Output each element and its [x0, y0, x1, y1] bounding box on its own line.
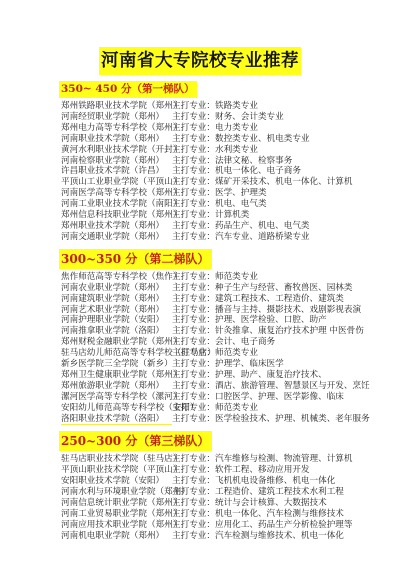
major-label: 主打专业： — [172, 283, 215, 294]
major-value: 计算机类 — [215, 210, 249, 221]
school-row: 平顶山工业职业学院（平顶山）主打专业：煤矿开采技术、机电一体化、计算机 — [61, 177, 361, 188]
major-label: 主打专业： — [172, 476, 215, 487]
major-value: 财务、会计类专业 — [215, 112, 284, 123]
school-row: 河南艺术职业学院（郑州）主打专业：播音与主持、摄影技术、戏剧影视表演 — [61, 305, 361, 316]
major-label: 主打专业： — [172, 509, 215, 520]
major-label: 主打专业： — [172, 177, 215, 188]
major-value: 酒店、旅游管理、智慧景区与开发、烹饪 — [215, 381, 370, 392]
school-name: 河南机电职业学院（郑州） — [61, 531, 172, 542]
school-row: 河南信息统计职业学院（郑州）主打专业：统计与会计核算、大数据技术 — [61, 498, 361, 509]
major-label: 主打专业： — [172, 156, 215, 167]
school-name: 河南信息统计职业学院（郑州） — [61, 498, 172, 509]
major-value: 师范类专业 — [215, 348, 258, 359]
title-container: 河南省大专院校专业推荐 — [0, 47, 400, 75]
major-label: 主打专业： — [172, 166, 215, 177]
school-name: 河南工业贸易职业学院（郑州） — [61, 509, 172, 520]
major-value: 机电、电气类 — [215, 199, 267, 210]
major-label: 主打专业： — [172, 403, 215, 414]
school-name: 河南艺术职业学院（郑州） — [61, 305, 172, 316]
school-name: 河南应用技术职业学院（郑州） — [61, 520, 172, 531]
major-value: 统计与会计核算、大数据技术 — [215, 498, 327, 509]
school-row: 郑州电力高等专科学校（郑州）主打专业：电力类专业 — [61, 123, 361, 134]
major-value: 护理学、临床医学 — [215, 359, 284, 370]
major-value: 数控类专业、机电类专业 — [215, 134, 310, 145]
major-value: 铁路类专业 — [215, 101, 258, 112]
major-value: 飞机机电设备维修、机电一体化 — [215, 476, 335, 487]
school-name: 河南农业职业学院（郑州） — [61, 283, 172, 294]
school-row: 郑州职业技术学院（郑州）主打专业：药品生产、机电、电气类 — [61, 221, 361, 232]
major-label: 主打专业： — [172, 315, 215, 326]
school-row: 焦作师范高等专科学校（焦作）主打专业：师范类专业 — [61, 272, 361, 283]
tier-section: 350~ 450 分（第一梯队）郑州铁路职业技术学院（郑州）主打专业：铁路类专业… — [61, 77, 361, 247]
school-name: 洛阳职业技术学院（洛阳） — [61, 414, 172, 426]
school-row: 安阳幼儿师范高等专科学校（安阳）主打专业：师范类专业 — [61, 403, 361, 414]
school-name: 河南医学高等专科学校（郑州） — [61, 188, 172, 199]
major-label: 主打专业： — [172, 370, 215, 381]
school-row: 郑州卫生健康职业学院（郑州）主打专业：护理、助产、康复治疗技术、 — [61, 370, 361, 381]
major-value: 医学、护理类 — [215, 188, 267, 199]
major-label: 主打专业： — [172, 498, 215, 509]
school-name: 驻马店职业技术学院（驻马店） — [61, 454, 172, 465]
major-label: 主打专业： — [172, 134, 215, 145]
school-row: 平顶山职业技术学院（平顶山）主打专业：软件工程、移动应用开发 — [61, 465, 361, 476]
school-row: 河南交通职业学院（郑州）主打专业：汽车专业、道路桥梁专业 — [61, 232, 361, 243]
major-label: 主打专业： — [172, 465, 215, 476]
major-value: 煤矿开采技术、机电一体化、计算机 — [215, 177, 353, 188]
major-value: 建筑工程技术、工程造价、建筑类 — [215, 294, 344, 305]
major-label: 主打专业： — [172, 487, 215, 498]
school-row: 河南建筑职业学院（郑州）主打专业：建筑工程技术、工程造价、建筑类 — [61, 294, 361, 305]
school-name: 新乡医学院三全学院（新乡） — [61, 359, 172, 370]
major-label: 主打专业： — [172, 145, 215, 156]
major-value: 针灸推拿、康复治疗技术护理 中医骨伤 — [215, 326, 364, 337]
school-row: 河南经贸职业学院（郑州）主打专业：财务、会计类专业 — [61, 112, 361, 123]
school-name: 平顶山工业职业学院（平顶山） — [61, 177, 172, 188]
school-row: 郑州铁路职业技术学院（郑州）主打专业：铁路类专业 — [61, 101, 361, 112]
major-label: 主打专业： — [172, 414, 215, 426]
school-name: 河南交通职业学院（郑州） — [61, 232, 172, 243]
major-label: 主打专业： — [172, 221, 215, 232]
school-row: 郑州财税金融职业学院（郑州）主打专业：会计、电子商务 — [61, 337, 361, 348]
major-value: 机电一体化、电子商务 — [215, 166, 301, 177]
school-row: 河南检察职业学院（郑州）主打专业：法律文秘、检察事务 — [61, 156, 361, 167]
school-row: 河南工业职业技术学院（南阳）主打专业：机电、电气类 — [61, 199, 361, 210]
major-value: 软件工程、移动应用开发 — [215, 465, 310, 476]
school-name: 焦作师范高等专科学校（焦作） — [61, 272, 172, 283]
school-row: 河南工业贸易职业学院（郑州）主打专业：机电一体化、汽车检测与维修技术 — [61, 509, 361, 520]
page-title: 河南省大专院校专业推荐 — [99, 47, 301, 75]
major-value: 法律文秘、检察事务 — [215, 156, 292, 167]
school-name: 河南职业技术学院（郑州） — [61, 134, 172, 145]
school-name: 河南工业职业技术学院（南阳） — [61, 199, 172, 210]
school-row: 黄河水利职业技术学院（开封）主打专业：水利类专业 — [61, 145, 361, 156]
school-row: 郑州旅游职业学院（郑州）主打专业：酒店、旅游管理、智慧景区与开发、烹饪 — [61, 381, 361, 392]
school-name: 郑州职业技术学院（郑州） — [61, 221, 172, 232]
school-name: 郑州财税金融职业学院（郑州） — [61, 337, 172, 348]
school-name: 河南经贸职业学院（郑州） — [61, 112, 172, 123]
school-row: 驻马店职业技术学院（驻马店）主打专业：汽车维修与检测、物流管理、计算机 — [61, 454, 361, 465]
major-label: 主打专业： — [172, 531, 215, 542]
major-value: 药品生产、机电、电气类 — [215, 221, 310, 232]
major-value: 医学检验技术、护理、机械类、老年服务 — [215, 414, 370, 426]
major-value: 工程造价、建筑工程技术水利工程 — [215, 487, 344, 498]
major-value: 师范类专业 — [215, 272, 258, 283]
school-name: 河南水利与环境职业学院（郑州） — [61, 487, 172, 498]
major-value: 汽车检测与维修技术、机电一体化 — [215, 531, 344, 542]
school-row: 河南医学高等专科学校（郑州）主打专业：医学、护理类 — [61, 188, 361, 199]
school-name: 河南建筑职业学院（郑州） — [61, 294, 172, 305]
school-row: 许昌职业技术学院（许昌）主打专业：机电一体化、电子商务 — [61, 166, 361, 177]
major-label: 主打专业： — [172, 199, 215, 210]
major-label: 主打专业： — [172, 381, 215, 392]
school-row: 驻马店幼儿师范高等专科学校（驻马店）主打专业：师范类专业 — [61, 348, 361, 359]
major-label: 主打专业： — [172, 348, 215, 359]
school-name: 郑州卫生健康职业学院（郑州） — [61, 370, 172, 381]
school-name: 郑州旅游职业学院（郑州） — [61, 381, 172, 392]
school-name: 安阳幼儿师范高等专科学校（安阳） — [61, 403, 172, 414]
major-value: 电力类专业 — [215, 123, 258, 134]
major-label: 主打专业： — [172, 294, 215, 305]
major-value: 机电一体化、汽车检测与维修技术 — [215, 509, 344, 520]
school-name: 漯河医学高等专科学校（漯河） — [61, 392, 172, 403]
major-value: 应用化工、药品生产分析检验护理等 — [215, 520, 353, 531]
school-name: 郑州电力高等专科学校（郑州） — [61, 123, 172, 134]
school-row: 安阳职业技术学院（安阳）主打专业：飞机机电设备维修、机电一体化 — [61, 476, 361, 487]
school-row: 河南职业技术学院（郑州）主打专业：数控类专业、机电类专业 — [61, 134, 361, 145]
school-row: 郑州信息科技职业学院（郑州）主打专业：计算机类 — [61, 210, 361, 221]
major-label: 主打专业： — [172, 112, 215, 123]
school-row: 河南应用技术职业学院（郑州）主打专业：应用化工、药品生产分析检验护理等 — [61, 520, 361, 531]
school-row: 河南水利与环境职业学院（郑州）主打专业：工程造价、建筑工程技术水利工程 — [61, 487, 361, 498]
major-label: 主打专业： — [172, 326, 215, 337]
school-row: 河南农业职业学院（郑州）主打专业：种子生产与经营、畜牧兽医、园林类 — [61, 283, 361, 294]
school-row: 河南机电职业学院（郑州）主打专业：汽车检测与维修技术、机电一体化 — [61, 531, 361, 542]
school-row: 漯河医学高等专科学校（漯河）主打专业：口腔医学、护理、医学影像、临床 — [61, 392, 361, 403]
school-name: 许昌职业技术学院（许昌） — [61, 166, 172, 177]
school-name: 河南护理职业学院（安阳） — [61, 315, 172, 326]
tier-heading: 350~ 450 分（第一梯队） — [59, 81, 197, 98]
school-name: 郑州铁路职业技术学院（郑州） — [61, 101, 172, 112]
major-label: 主打专业： — [172, 232, 215, 243]
major-label: 主打专业： — [172, 454, 215, 465]
major-label: 主打专业： — [172, 392, 215, 403]
major-label: 主打专业： — [172, 272, 215, 283]
major-value: 汽车维修与检测、物流管理、计算机 — [215, 454, 353, 465]
school-name: 黄河水利职业技术学院（开封） — [61, 145, 172, 156]
major-label: 主打专业： — [172, 123, 215, 134]
school-name: 河南检察职业学院（郑州） — [61, 156, 172, 167]
school-name: 安阳职业技术学院（安阳） — [61, 476, 172, 487]
school-name: 郑州信息科技职业学院（郑州） — [61, 210, 172, 221]
major-label: 主打专业： — [172, 359, 215, 370]
school-name: 平顶山职业技术学院（平顶山） — [61, 465, 172, 476]
major-label: 主打专业： — [172, 101, 215, 112]
major-label: 主打专业： — [172, 305, 215, 316]
major-value: 水利类专业 — [215, 145, 258, 156]
school-name: 驻马店幼儿师范高等专科学校（驻马店） — [61, 348, 172, 359]
major-label: 主打专业： — [172, 188, 215, 199]
major-value: 播音与主持、摄影技术、戏剧影视表演 — [215, 305, 361, 316]
school-row: 河南推拿职业学院（洛阳）主打专业：针灸推拿、康复治疗技术护理 中医骨伤 — [61, 326, 361, 337]
major-label: 主打专业： — [172, 210, 215, 221]
major-label: 主打专业： — [172, 337, 215, 348]
tier-section: 300~350 分（第二梯队）焦作师范高等专科学校（焦作）主打专业：师范类专业河… — [61, 247, 361, 430]
major-value: 护理、医学检验、口腔、助产 — [215, 315, 327, 326]
tier-heading: 250~300 分（第三梯队） — [59, 431, 212, 451]
major-label: 主打专业： — [172, 520, 215, 531]
major-value: 会计、电子商务 — [215, 337, 275, 348]
major-value: 师范类专业 — [215, 403, 258, 414]
school-row: 河南护理职业学院（安阳）主打专业：护理、医学检验、口腔、助产 — [61, 315, 361, 326]
major-value: 护理、助产、康复治疗技术、 — [215, 370, 327, 381]
school-name: 河南推拿职业学院（洛阳） — [61, 326, 172, 337]
major-value: 口腔医学、护理、医学影像、临床 — [215, 392, 344, 403]
tier-heading: 300~350 分（第二梯队） — [59, 249, 212, 269]
school-row: 洛阳职业技术学院（洛阳）主打专业：医学检验技术、护理、机械类、老年服务 — [61, 414, 361, 426]
document-body: 350~ 450 分（第一梯队）郑州铁路职业技术学院（郑州）主打专业：铁路类专业… — [61, 77, 361, 546]
tier-section: 250~300 分（第三梯队）驻马店职业技术学院（驻马店）主打专业：汽车维修与检… — [61, 429, 361, 545]
school-row: 新乡医学院三全学院（新乡）主打专业：护理学、临床医学 — [61, 359, 361, 370]
major-value: 汽车专业、道路桥梁专业 — [215, 232, 310, 243]
major-value: 种子生产与经营、畜牧兽医、园林类 — [215, 283, 353, 294]
